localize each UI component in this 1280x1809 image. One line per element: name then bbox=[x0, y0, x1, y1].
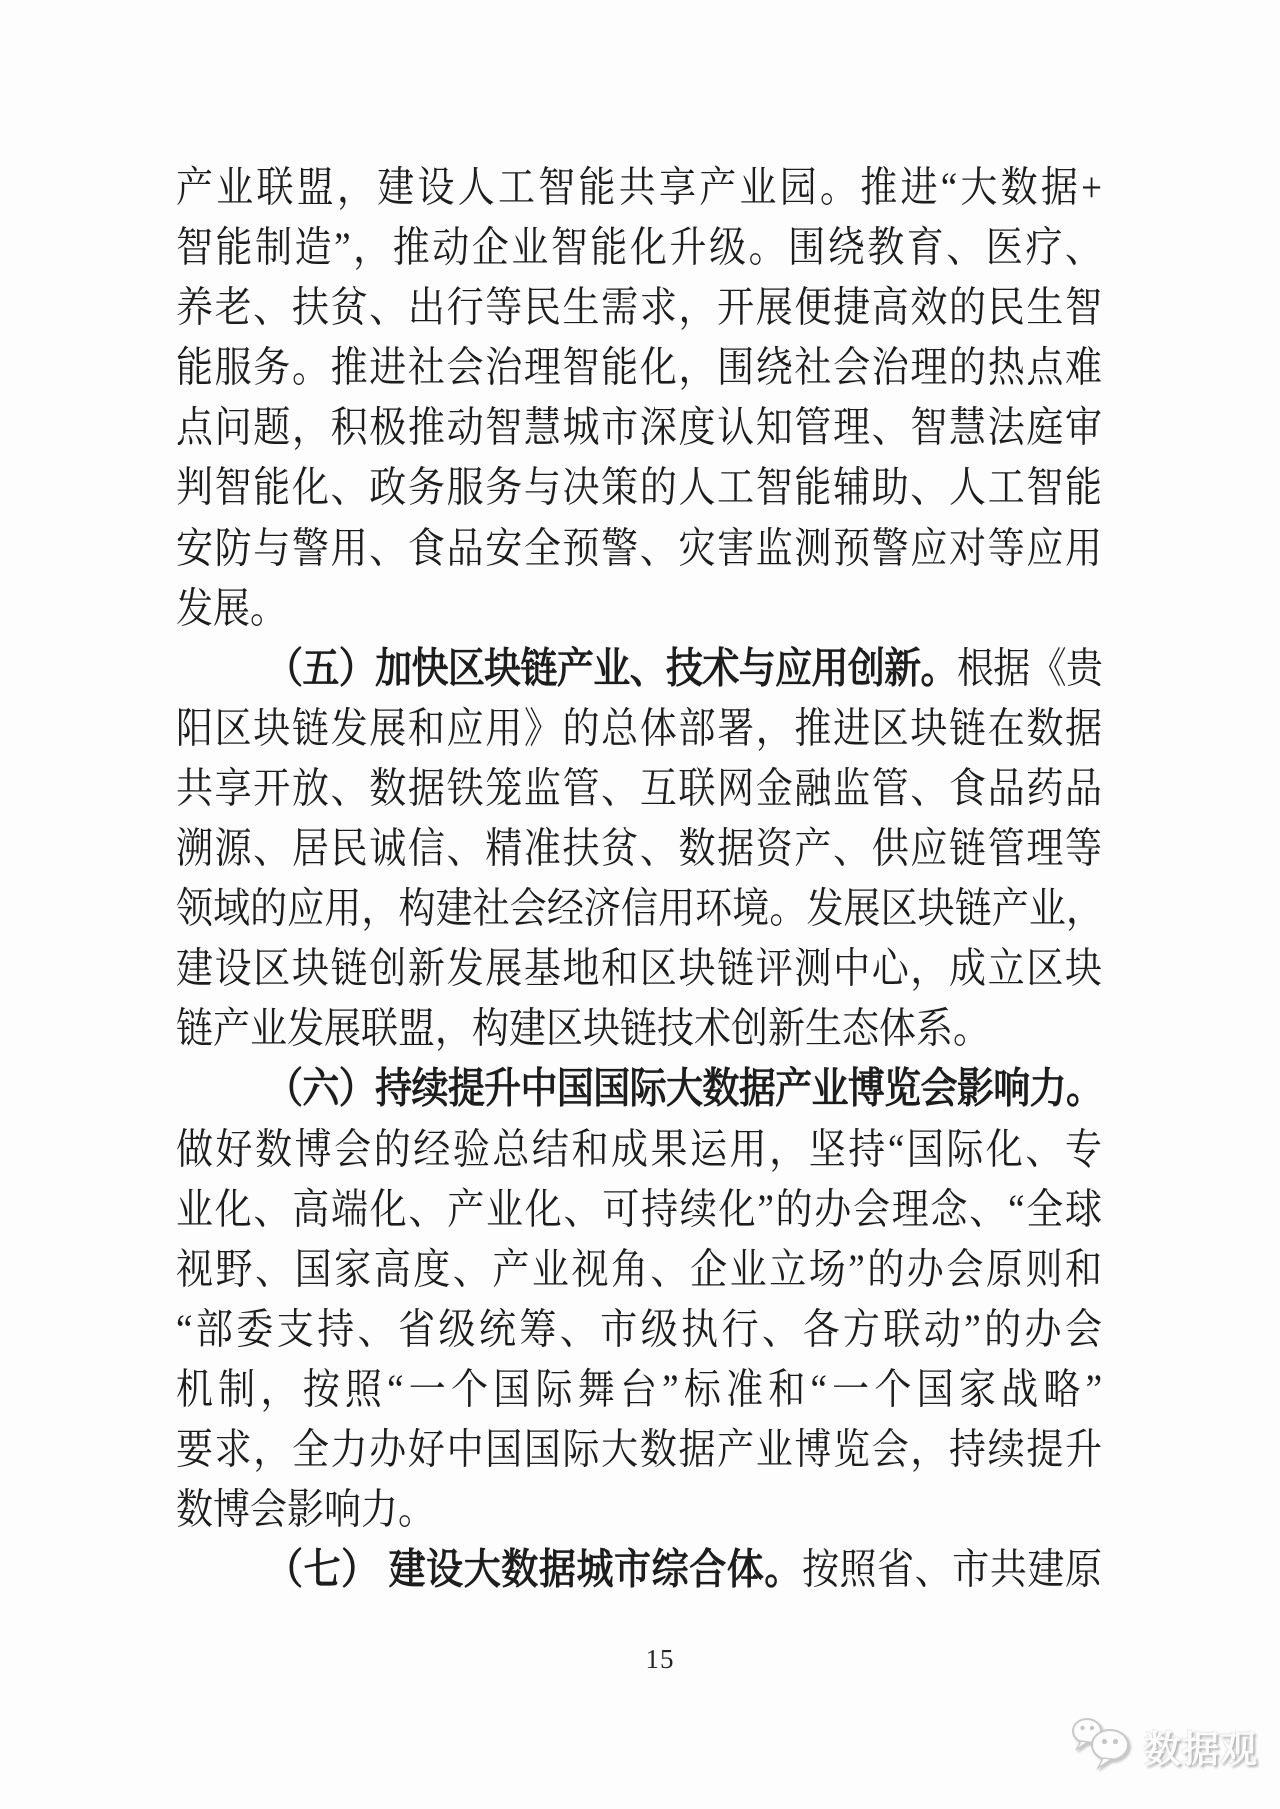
text-line: 智能制造”，推动企业智能化升级。围绕教育、医疗、 bbox=[176, 215, 1102, 283]
text-segment: 阳区块链发展和应用》的总体部署，推进区块链在数据 bbox=[176, 706, 1102, 752]
bold-heading-segment: （六）持续提升中国国际大数据产业博览会影响力。 bbox=[266, 1067, 1102, 1113]
text-line: “部委支持、省级统筹、市级执行、各方联动”的办会 bbox=[176, 1297, 1102, 1365]
watermark-label: 数据观 bbox=[1144, 1719, 1258, 1773]
text-segment: 根据《贵 bbox=[957, 646, 1102, 692]
text-segment: 共享开放、数据铁笼监管、互联网金融监管、食品药品 bbox=[176, 766, 1102, 812]
document-body: 产业联盟，建设人工智能共享产业园。推进“大数据+智能制造”，推动企业智能化升级。… bbox=[176, 159, 1102, 1601]
text-segment: 发展。 bbox=[176, 586, 287, 632]
text-line: 安防与警用、食品安全预警、灾害监测预警应对等应用 bbox=[176, 516, 1102, 584]
text-line: 链产业发展联盟，构建区块链技术创新生态体系。 bbox=[176, 996, 1102, 1064]
text-segment: 点问题，积极推动智慧城市深度认知管理、智慧法庭审 bbox=[176, 406, 1102, 452]
text-line: 机制，按照“一个国际舞台”标准和“一个国家战略” bbox=[176, 1357, 1102, 1425]
text-line: （五）加快区块链产业、技术与应用创新。根据《贵 bbox=[176, 636, 1102, 704]
text-segment: 建设区块链创新发展基地和区块链评测中心，成立区块 bbox=[176, 946, 1102, 992]
text-line: （七） 建设大数据城市综合体。按照省、市共建原 bbox=[176, 1537, 1102, 1605]
text-line: 业化、高端化、产业化、可持续化”的办会理念、“全球 bbox=[176, 1177, 1102, 1245]
text-line: 做好数博会的经验总结和成果运用，坚持“国际化、专 bbox=[176, 1117, 1102, 1185]
text-line: 判智能化、政务服务与决策的人工智能辅助、人工智能 bbox=[176, 456, 1102, 524]
document-page: 产业联盟，建设人工智能共享产业园。推进“大数据+智能制造”，推动企业智能化升级。… bbox=[0, 0, 1280, 1809]
text-segment: 溯源、居民诚信、精准扶贫、数据资产、供应链管理等 bbox=[176, 826, 1102, 872]
text-line: 溯源、居民诚信、精准扶贫、数据资产、供应链管理等 bbox=[176, 816, 1102, 884]
text-line: 产业联盟，建设人工智能共享产业园。推进“大数据+ bbox=[176, 155, 1102, 223]
text-line: 领域的应用，构建社会经济信用环境。发展区块链产业， bbox=[176, 876, 1102, 944]
text-segment: 按照省、市共建原 bbox=[802, 1547, 1102, 1593]
text-line: 发展。 bbox=[176, 576, 1102, 644]
text-segment: 能服务。推进社会治理智能化，围绕社会治理的热点难 bbox=[176, 346, 1102, 392]
text-segment: 业化、高端化、产业化、可持续化”的办会理念、“全球 bbox=[176, 1187, 1102, 1233]
text-segment: 做好数博会的经验总结和成果运用，坚持“国际化、专 bbox=[176, 1127, 1102, 1173]
text-segment: 领域的应用，构建社会经济信用环境。发展区块链产业， bbox=[176, 886, 1102, 932]
text-segment: 智能制造”，推动企业智能化升级。围绕教育、医疗、 bbox=[176, 225, 1102, 271]
page-number: 15 bbox=[560, 1644, 760, 1675]
text-line: 共享开放、数据铁笼监管、互联网金融监管、食品药品 bbox=[176, 756, 1102, 824]
text-segment: 要求，全力办好中国国际大数据产业博览会，持续提升 bbox=[176, 1427, 1102, 1473]
text-line: 要求，全力办好中国国际大数据产业博览会，持续提升 bbox=[176, 1417, 1102, 1485]
text-line: 养老、扶贫、出行等民生需求，开展便捷高效的民生智 bbox=[176, 275, 1102, 343]
text-segment: 数博会影响力。 bbox=[176, 1487, 435, 1533]
text-line: 阳区块链发展和应用》的总体部署，推进区块链在数据 bbox=[176, 696, 1102, 764]
wechat-chat-bubbles-icon bbox=[1068, 1715, 1138, 1778]
watermark: 数据观 bbox=[1068, 1716, 1258, 1776]
text-segment: 链产业发展联盟，构建区块链技术创新生态体系。 bbox=[176, 1007, 990, 1053]
text-line: （六）持续提升中国国际大数据产业博览会影响力。 bbox=[176, 1057, 1102, 1125]
text-line: 数博会影响力。 bbox=[176, 1477, 1102, 1545]
text-segment: 养老、扶贫、出行等民生需求，开展便捷高效的民生智 bbox=[176, 285, 1102, 331]
text-segment: “部委支持、省级统筹、市级执行、各方联动”的办会 bbox=[176, 1307, 1102, 1353]
text-line: 能服务。推进社会治理智能化，围绕社会治理的热点难 bbox=[176, 335, 1102, 403]
text-line: 点问题，积极推动智慧城市深度认知管理、智慧法庭审 bbox=[176, 395, 1102, 463]
text-line: 视野、国家高度、产业视角、企业立场”的办会原则和 bbox=[176, 1237, 1102, 1305]
text-line: 建设区块链创新发展基地和区块链评测中心，成立区块 bbox=[176, 936, 1102, 1004]
text-segment: 产业联盟，建设人工智能共享产业园。推进“大数据+ bbox=[176, 165, 1102, 211]
text-segment: 机制，按照“一个国际舞台”标准和“一个国家战略” bbox=[176, 1367, 1102, 1413]
text-segment: 判智能化、政务服务与决策的人工智能辅助、人工智能 bbox=[176, 466, 1102, 512]
bold-heading-segment: （五）加快区块链产业、技术与应用创新。 bbox=[266, 646, 957, 692]
bold-heading-segment: （七） 建设大数据城市综合体。 bbox=[266, 1547, 802, 1593]
text-segment: 视野、国家高度、产业视角、企业立场”的办会原则和 bbox=[176, 1247, 1102, 1293]
text-segment: 安防与警用、食品安全预警、灾害监测预警应对等应用 bbox=[176, 526, 1102, 572]
